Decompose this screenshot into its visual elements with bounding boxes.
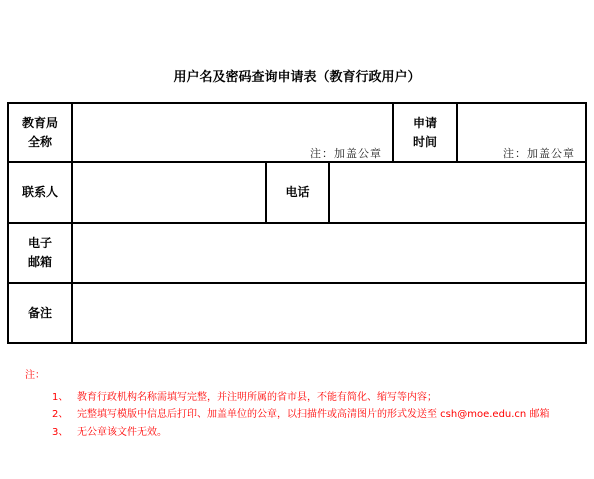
label-contact-person: 联系人 (9, 163, 71, 222)
label-line: 电子 (28, 234, 52, 253)
phone-field[interactable] (330, 163, 585, 222)
email-field[interactable] (73, 224, 585, 282)
label-phone: 电话 (267, 163, 328, 222)
label-bureau-full-name: 教育局 全称 (9, 104, 71, 161)
label-line: 邮箱 (28, 253, 52, 272)
notes-heading: 注： (25, 366, 45, 381)
stamp-note-bureau: 注：加盖公章 (310, 145, 382, 161)
note-text: 教育行政机构名称需填写完整，并注明所属的省市县，不能有简化、缩写等内容； (77, 388, 437, 403)
stamp-note-apply-time: 注：加盖公章 (503, 145, 575, 161)
label-line: 教育局 (22, 114, 58, 133)
label-line: 时间 (413, 133, 437, 152)
form-title: 用户名及密码查询申请表（教育行政用户） (0, 66, 594, 85)
note-number: 1、 (52, 388, 68, 403)
table-border-bottom (8, 342, 587, 344)
label-line: 全称 (28, 133, 52, 152)
note-text: 完整填写模版中信息后打印、加盖单位的公章，以扫描件或高清图片的形式发送至 csh… (77, 405, 549, 420)
note-number: 3、 (52, 423, 68, 438)
contact-person-field[interactable] (73, 163, 265, 222)
note-text: 无公章该文件无效。 (77, 423, 167, 438)
label-line: 申请 (413, 114, 437, 133)
label-remarks: 备注 (9, 284, 71, 342)
remarks-field[interactable] (73, 284, 585, 342)
table-border-right (585, 102, 587, 344)
note-number: 2、 (52, 405, 68, 420)
label-email: 电子 邮箱 (9, 224, 71, 282)
label-apply-time: 申请 时间 (394, 104, 456, 161)
